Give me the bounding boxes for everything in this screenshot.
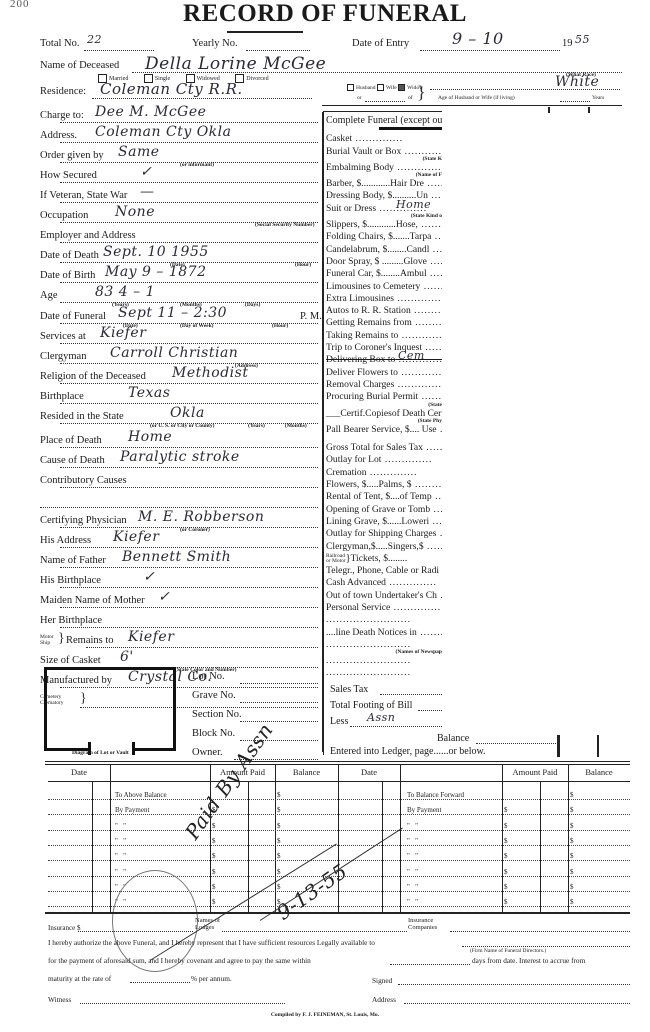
field-label: If Veteran, State War [40,190,127,201]
charge-label: Pall Bearer Service, $.... Use [326,424,437,435]
field-value[interactable]: Same [118,144,160,160]
charge-item[interactable]: Slippers, $............Hose, ...........… [326,219,442,231]
field-value[interactable]: Kiefer [100,325,146,341]
charge-leader-dots: .............. [394,162,442,173]
charge-label: Autos to R. R. Station [326,305,411,316]
charge-leader-dots: .............. [411,305,442,316]
field-label: Date of Death [40,250,99,261]
charge-item[interactable]: Flowers, $.....Palms, $ .............. [326,479,442,491]
charge-label: Funeral Car, $........Ambul [326,268,427,279]
charge-label: Burial Vault or Box [326,146,401,157]
charge-item[interactable]: Cremation .............. [326,467,442,479]
year-prefix: 19 [562,38,573,49]
field-value[interactable]: Sept 11 – 2:30 [118,305,227,321]
field-prefix: MotorShip [40,634,54,646]
witness-line[interactable] [80,1003,285,1004]
charges-panel: Complete Funeral (except outla Casket ..… [323,111,442,755]
charge-item[interactable]: Autos to R. R. Station .............. [326,305,442,317]
form-title: RECORD OF FUNERAL [0,0,650,28]
charge-item[interactable]: Deliver Flowers to .............. [326,367,442,379]
charge-item[interactable]: Railroador Motor}Tickets, $........ [326,553,442,565]
charge-leader-dots: .............. [429,244,442,255]
field-label: Address. [40,130,77,141]
charge-item[interactable]: ......................... [326,667,442,679]
lot-field-input[interactable] [240,683,318,684]
spouse-status-group: Husband Wife Widow [347,84,423,91]
charge-item[interactable]: Procuring Burial Permit .............. [326,391,442,403]
date-of-entry-line [420,50,560,51]
field-value[interactable]: Carroll Christian [110,345,238,361]
field-label: Resided in the State [40,411,124,422]
field-value[interactable]: Okla [170,405,205,421]
spouse-age-line [560,101,590,102]
charge-prefix-bottom: or Motor [326,558,346,564]
charge-label: Procuring Burial Permit [326,391,418,402]
lot-field-label: Block No. [192,728,235,739]
charge-item[interactable]: Casket .............. [326,133,442,145]
charge-blank-line: ......................... [326,639,411,650]
witness-label: Witness [48,995,71,1004]
charge-label: Opening of Grave or Tomb [326,504,430,515]
field-caption: (Years) [248,423,265,429]
lot-field-input[interactable] [240,702,318,703]
charge-label: Personal Service [326,602,390,613]
field-label: Name of Father [40,555,106,566]
ledger-currency: $ [570,837,574,845]
ledger-row[interactable] [48,799,630,800]
field-value[interactable]: 83 4 – 1 [95,284,155,300]
field-value[interactable]: Bennett Smith [122,549,231,565]
authorization-text: I hereby authorize the above Funeral, an… [48,938,375,947]
brace-icon: } [417,83,426,101]
field-label: How Secured [40,170,97,181]
date-of-entry-field[interactable]: 9 – 10 [452,29,504,48]
charge-leader-dots: .............. [390,602,441,613]
ledger-currency: $ [570,822,574,830]
ledger-currency: $ [570,868,574,876]
charge-leader-dots: .............. [401,146,442,157]
field-value[interactable]: Dee M. McGee [95,104,206,120]
charge-item[interactable]: Opening of Grave or Tomb .............. [326,504,442,516]
charge-item[interactable]: Delivering Box to ..............Cem [326,354,442,366]
heading-underline [379,127,442,130]
charge-item[interactable]: Removal Charges .............. [326,379,442,391]
field-line [60,467,318,468]
residence-label: Residence: [40,86,86,97]
spouse-age-unit: Years [592,95,604,101]
field-value[interactable]: M. E. Robberson [138,509,264,525]
ledger-currency: $ [212,898,216,906]
ledger-row-right-label: " " [407,822,420,830]
charge-leader-dots: .............. [417,627,442,638]
field-line [60,142,318,143]
charge-label: Telegr., Phone, Cable or Radi [326,565,439,576]
column-tick [588,107,590,113]
lot-diagram-box[interactable] [44,667,176,751]
charge-label: Getting Remains from [326,317,412,328]
sales-tax-label: Sales Tax [330,684,368,696]
charge-label: Folding Chairs, $.......Tarpa [326,231,431,242]
charge-item[interactable]: Getting Remains from .............. [326,317,442,329]
field-line [60,202,318,203]
charge-blank-line: ......................... [326,655,411,666]
field-line [60,547,318,548]
lodges-line[interactable] [222,931,407,932]
charge-item[interactable]: Suit or Dress ..............Home [326,203,442,215]
or-line [365,101,405,102]
field-line [60,567,318,568]
charge-leader-dots: .............. [398,330,442,341]
field-value[interactable]: Paralytic stroke [120,449,240,465]
field-label: Certifying Physician [40,515,127,526]
charge-label: Barber, $............Hair Dre [326,178,424,189]
charge-label: Gross Total for Sales Tax [326,442,423,453]
charge-leader-dots: .............. [394,293,442,304]
ledger-row-right-label: " " [407,852,420,860]
field-line [60,447,318,448]
compiler-credit: Compiled by F. J. FEINEMAN, St. Louis, M… [0,1012,650,1018]
total-no-label: Total No. [40,38,80,49]
year-field[interactable]: 55 [575,33,590,46]
charge-leader-dots: .............. [431,231,442,242]
charge-item[interactable]: Gross Total for Sales Tax .............. [326,442,442,454]
ledger-currency: $ [504,806,508,814]
field-caption: (Hour) [272,323,288,329]
charge-leader-dots: .............. [430,504,442,515]
field-line [60,282,318,283]
field-value[interactable]: Methodist [172,365,248,381]
balance-column-marker [557,735,560,757]
charge-label: Embalming Body [326,162,394,173]
charge-label: Out of town Undertaker's Ch [326,590,437,601]
field-input[interactable] [100,615,310,627]
maturity-suffix: % per annum. [191,974,232,983]
companies-label-bottom: Companies [408,924,437,931]
field-value[interactable]: ✓ [143,569,155,585]
ledger-row-right-label: " " [407,898,420,906]
field-value[interactable]: 6' [120,649,134,665]
charge-label: Taking Remains to [326,330,398,341]
field-line [60,607,318,608]
charge-item[interactable]: Funeral Car, $........Ambul ............… [326,268,442,280]
sales-tax-line[interactable] [380,694,442,695]
charge-label: Clergyman,$.....Singers,$ [326,541,424,552]
less-line [350,726,442,727]
field-line [60,627,318,628]
ledger-row-right-label: " " [407,868,420,876]
field-caption: (Social Security Number) [255,222,315,228]
firm-name-line[interactable] [462,946,630,947]
field-line [60,587,318,588]
field-label: Date of Funeral [40,311,106,322]
charge-item[interactable]: Out of town Undertaker's Ch ............… [326,590,442,602]
charge-item[interactable]: Taking Remains to .............. [326,330,442,342]
charge-item[interactable]: Candelabrum, $........Candl ............… [326,244,442,256]
charge-item[interactable]: Folding Chairs, $.......Tarpa ..........… [326,231,442,243]
residence-field[interactable]: Coleman Cty R.R. [100,80,243,98]
companies-line[interactable] [450,931,630,932]
charge-value[interactable]: Home [396,199,431,211]
field-input[interactable] [100,475,310,487]
charge-value[interactable]: Cem [398,350,425,362]
field-value[interactable]: Kiefer [113,529,159,545]
lot-field-label: Grave No. [192,690,236,701]
charge-item[interactable]: Limousines to Cemetery .............. [326,281,442,293]
field-caption: (Day of Week) [180,323,214,329]
field-suffix: P. M. [300,311,322,322]
lodges-label-top: Names of [195,917,220,924]
ledger-currency: $ [212,852,216,860]
field-prefix-bottom: Ship [40,640,50,646]
charge-item[interactable]: ....line Death Notices in .............. [326,627,442,639]
lot-field-label: Lot No. [192,671,225,682]
charge-item[interactable]: Pall Bearer Service, $.... Use .........… [326,424,442,436]
charge-leader-dots: .............. [381,454,432,465]
of-label: of [408,95,413,101]
charge-label: Slippers, $............Hose, [326,219,418,230]
field-label: Occupation [40,210,88,221]
field-line [40,507,318,508]
ledger-header-left-0: Date [48,767,110,777]
field-caption: (Hour) [295,262,311,268]
checkbox-wife[interactable]: Wife [377,85,397,91]
column-tick [548,107,550,113]
signer-address-line[interactable] [404,1003,630,1004]
charge-item[interactable]: Personal Service .............. [326,602,442,614]
field-label: His Address [40,535,91,546]
charge-label: Rental of Tent, $....of Temp [326,491,432,502]
charge-label: Flowers, $.....Palms, $ [326,479,412,490]
ledger-currency: $ [212,883,216,891]
charge-prefix: Railroador Motor [326,554,346,564]
charge-item[interactable]: ......................... [326,614,442,626]
field-label: Place of Death [40,435,102,446]
address-label: Address [372,995,396,1004]
name-of-deceased-label: Name of Deceased [40,60,119,71]
charge-label: Casket [326,133,352,144]
charge-leader-dots: .............. [437,590,442,601]
charge-leader-dots: .............. [418,219,442,230]
total-no-line [84,50,154,51]
field-label: Maiden Name of Mother [40,595,145,606]
ledger-subcolumn-divider [382,782,383,912]
ledger-bottom-rule [45,912,630,914]
race-field[interactable]: White [555,74,599,90]
lot-field-input[interactable] [240,721,318,722]
ledger-header-rule [48,781,630,782]
ledger-entry-label: Entered into Ledger, page......or below. [330,746,486,758]
field-label: Her Birthplace [40,615,102,626]
balance-line[interactable] [476,743,560,744]
field-value[interactable]: — [140,184,155,200]
charge-leader-dots: .............. [432,491,442,502]
ledger-header-right-0: Date [338,767,400,777]
field-label: Date of Birth [40,270,95,281]
charge-leader-dots: .............. [420,281,442,292]
charge-leader-dots: .............. [427,268,442,279]
field-value[interactable]: Texas [128,385,170,401]
charge-label: ___Certif.Copiesof Death Certi [326,408,442,419]
charge-item[interactable]: Burial Vault or Box .............. [326,146,442,158]
total-footing-line[interactable] [418,710,442,711]
insurance-line[interactable] [78,931,193,932]
ledger-currency: $ [277,837,281,845]
charge-leader-dots: .............. [422,342,442,353]
ledger-currency: $ [277,806,281,814]
charge-label: Tickets, $........ [351,553,408,564]
ledger-row-right-label: To Balance Forward [407,791,466,799]
ledger-currency: $ [277,868,281,876]
field-line [60,122,318,123]
ledger-row-left-label: To Above Balance [115,791,169,799]
charge-label: Suit or Dress [326,203,376,214]
charge-label: Limousines to Cemetery [326,281,420,292]
ledger-currency: $ [504,883,508,891]
ledger-currency: $ [570,898,574,906]
ledger-row[interactable] [48,830,630,831]
balance-label: Balance [437,733,469,745]
charge-item[interactable]: Outlay for Shipping Charges ............… [326,528,442,540]
charge-item[interactable]: ___Certif.Copiesof Death Certi .........… [326,408,442,420]
signed-label: Signed [372,976,392,985]
charge-label: Candelabrum, $........Candl [326,244,429,255]
field-value[interactable]: ✓ [140,164,152,180]
less-field[interactable]: Assn [367,711,395,724]
brace-icon: } [58,631,65,647]
charge-item[interactable]: Outlay for Lot .............. [326,454,442,466]
charge-leader-dots: .............. [427,256,442,267]
checkbox-wife-label: Wife [386,85,397,91]
ledger-currency: $ [212,868,216,876]
charge-leader-dots: .............. [367,467,418,478]
total-no-field[interactable]: 22 [87,33,102,46]
signature-line[interactable] [398,984,630,985]
insurance-label: Insurance $ [48,924,80,932]
ledger-currency: $ [277,852,281,860]
charge-item[interactable]: Clergyman,$.....Singers,$ .............. [326,541,442,553]
charge-label: Deliver Flowers to [326,367,398,378]
ledger-currency: $ [504,822,508,830]
charge-item[interactable]: Telegr., Phone, Cable or Radi ..........… [326,565,442,577]
charge-label: Cremation [326,467,367,478]
ledger-row-left-label: " " [115,822,128,830]
ledger-row-left-label: " " [115,852,128,860]
field-line [60,363,318,364]
charge-leader-dots: .............. [352,133,403,144]
charge-label: Removal Charges [326,379,394,390]
field-value[interactable]: None [115,204,155,220]
lot-field-label: Section No. [192,709,242,720]
charge-leader-dots: .............. [423,442,442,453]
charge-label: Extra Limousines [326,293,394,304]
interest-rate-line[interactable] [130,982,190,983]
charge-leader-dots: .............. [437,424,442,435]
charge-item[interactable]: Barber, $............Hair Dre ..........… [326,178,442,190]
field-line [60,383,318,384]
charge-label: Cash Advanced [326,577,386,588]
field-value[interactable]: ✓ [158,589,170,605]
charge-label: Lining Grave, $......Loweri [326,516,429,527]
field-label: His Birthplace [40,575,101,586]
charge-item[interactable]: Embalming Body .............. [326,162,442,174]
charge-blank-line: ......................... [326,667,411,678]
ledger-currency: $ [504,868,508,876]
charge-label: ....line Death Notices in [326,627,417,638]
ledger-header-right-3: Balance [568,767,630,777]
charge-leader-dots: .............. [418,391,442,402]
checkbox-husband-box[interactable] [347,84,354,91]
field-value[interactable]: Sept. 10 1955 [103,244,209,260]
field-line [60,262,318,263]
field-label: Cause of Death [40,455,105,466]
charge-item[interactable]: Lining Grave, $......Loweri ............… [326,516,442,528]
ledger-subcolumn-divider [540,782,541,912]
ledger-subcolumn-divider [248,782,249,912]
charge-leader-dots: .............. [412,479,442,490]
spouse-age-label: Age of Husband or Wife (if living) [438,95,515,101]
charge-item[interactable]: Rental of Tent, $....of Temp ...........… [326,491,442,503]
field-caption: (or Coroner) [180,527,210,533]
field-line [60,403,318,404]
field-value[interactable]: Home [128,429,172,445]
charge-leader-dots: .............. [412,317,442,328]
ledger-row[interactable] [48,845,630,846]
checkbox-husband[interactable]: Husband [347,85,376,91]
ledger-subcolumn-divider [92,782,93,912]
charge-leader-dots: .............. [386,577,437,588]
companies-label-top: Insurance [408,917,433,924]
charge-leader-dots: .............. [394,379,442,390]
ledger-header-left-3: Balance [275,767,338,777]
charge-leader-dots: .............. [429,516,442,527]
charge-item[interactable]: Extra Limousines .............. [326,293,442,305]
charges-heading: Complete Funeral (except outla [326,115,442,127]
charge-item[interactable]: ......................... [326,639,442,651]
lodges-label-bottom: Lodges [195,924,214,931]
charge-label: Door Spray, $ .........Glove [326,256,427,267]
charge-item[interactable]: Door Spray, $ .........Glove ...........… [326,256,442,268]
name-of-deceased-field[interactable]: Della Lorine McGee [145,54,326,74]
field-label: Age [40,290,58,301]
ledger-row[interactable] [48,814,630,815]
date-of-entry-label: Date of Entry [352,38,409,49]
payment-text-2: days from date. Interest to accrue from [472,956,585,965]
ledger-currency: $ [504,837,508,845]
field-label: Birthplace [40,391,84,402]
charge-item[interactable]: Cash Advanced .............. [326,577,442,589]
charge-label: Outlay for Shipping Charges [326,528,436,539]
field-value[interactable]: May 9 – 1872 [105,264,206,280]
field-line [60,242,318,243]
charge-item[interactable]: ......................... [326,655,442,667]
field-value[interactable]: Kiefer [128,629,174,645]
field-line [60,182,318,183]
ledger-currency: $ [504,898,508,906]
ledger-header-right-2: Amount Paid [502,767,568,777]
field-caption: (Days) [245,302,260,308]
field-input[interactable] [100,495,310,507]
checkbox-wife-box[interactable] [377,84,384,91]
ledger-currency: $ [212,837,216,845]
field-caption: (or informant) [180,162,214,168]
title-underline [227,31,303,33]
field-input[interactable] [100,230,310,242]
ledger-row-left-label: " " [115,837,128,845]
checkbox-widow-box[interactable] [398,84,405,91]
field-label: Remains to [66,635,114,646]
field-value[interactable]: Coleman Cty Okla [95,124,231,140]
days-line[interactable] [390,964,470,965]
